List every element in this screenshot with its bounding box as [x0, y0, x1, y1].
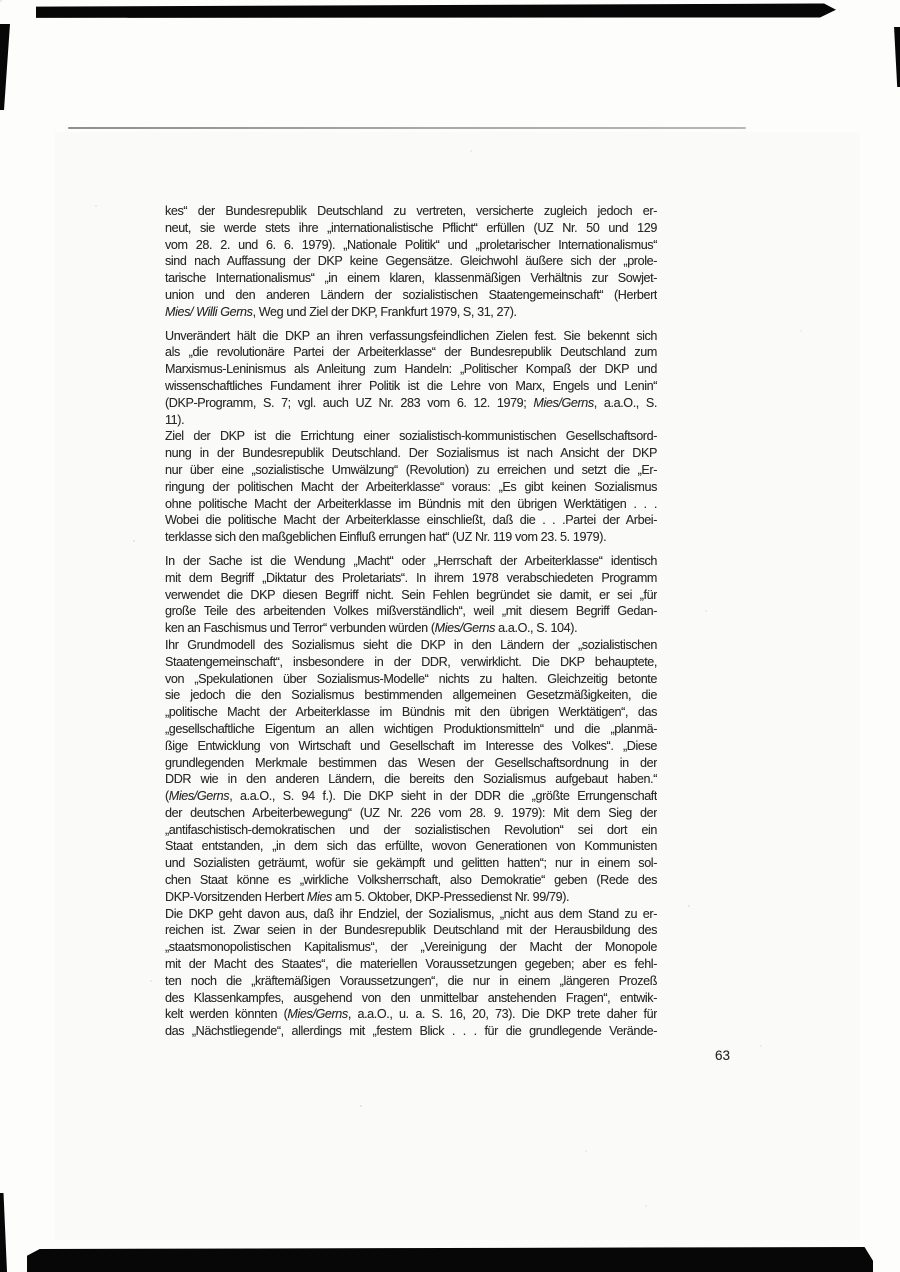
- text-line: Ihr Grundmodell des Sozialismus sieht di…: [165, 637, 657, 654]
- text-line: mit der Macht des Staates“, die materiel…: [165, 956, 657, 973]
- text-line: kelt werden könnten (Mies/Gerns, a.a.O.,…: [165, 1006, 657, 1023]
- text-line: tarische Internationalismus“ „in einem k…: [165, 270, 657, 287]
- text-line: der deutschen Arbeiterbewegung“ (UZ Nr. …: [165, 805, 657, 822]
- text-line: ringung der politischen Macht der Arbeit…: [165, 479, 657, 496]
- text-line: grundlegenden Merkmale bestimmen das Wes…: [165, 755, 657, 772]
- text-line: ten noch die „kräftemäßigen Voraussetzun…: [165, 973, 657, 990]
- text-line: und Sozialisten geträumt, wofür sie gekä…: [165, 855, 657, 872]
- text-line: verwendet die DKP diesen Begriff nicht. …: [165, 587, 657, 604]
- text-line: Staat entstanden, „in dem sich das erfül…: [165, 838, 657, 855]
- text-line: „staatsmonopolistischen Kapitalismus“, d…: [165, 939, 657, 956]
- paragraph-block: kes“ der Bundesrepublik Deutschland zu v…: [165, 203, 657, 321]
- text-line: nung in der Bundesrepublik Deutschland. …: [165, 445, 657, 462]
- text-line: (DKP-Programm, S. 7; vgl. auch UZ Nr. 28…: [165, 395, 657, 412]
- text-line: des Klassenkampfes, ausgehend von den un…: [165, 990, 657, 1007]
- scan-artifact-top-bar: [36, 3, 836, 18]
- text-line: DDR wie in den anderen Ländern, die bere…: [165, 771, 657, 788]
- scan-artifact-bottom-bar: [27, 1247, 873, 1272]
- text-line: Staatengemeinschaft“, insbesondere in de…: [165, 654, 657, 671]
- text-column: kes“ der Bundesrepublik Deutschland zu v…: [165, 203, 657, 1040]
- paragraph-block: Unverändert hält die DKP an ihren verfas…: [165, 328, 657, 546]
- text-line: chen Staat könne es „wirkliche Volksherr…: [165, 872, 657, 889]
- text-line: 11).: [165, 412, 657, 429]
- text-line: Die DKP geht davon aus, daß ihr Endziel,…: [165, 906, 657, 923]
- text-line: Wobei die politische Macht der Arbeiterk…: [165, 512, 657, 529]
- text-line: neut, sie werde stets ihre „internationa…: [165, 220, 657, 237]
- text-line: „gesellschaftliche Eigentum an allen wic…: [165, 721, 657, 738]
- text-line: ohne politische Macht der Arbeiterklasse…: [165, 496, 657, 513]
- scan-artifact-right-edge: [893, 27, 900, 87]
- text-line: sind nach Auffassung der DKP keine Gegen…: [165, 253, 657, 270]
- header-divider-line: [68, 127, 746, 129]
- text-line: Mies/ Willi Gerns, Weg und Ziel der DKP,…: [165, 304, 657, 321]
- text-line: „antifaschistisch-demokratischen und der…: [165, 822, 657, 839]
- text-line: ken an Faschismus und Terror“ verbunden …: [165, 620, 657, 637]
- text-line: DKP-Vorsitzenden Herbert Mies am 5. Okto…: [165, 889, 657, 906]
- text-line: terklasse sich den maßgeblichen Einfluß …: [165, 529, 657, 546]
- scan-artifact-left-edge-bottom: [0, 1193, 7, 1272]
- scan-artifact-left-edge: [0, 24, 10, 110]
- text-line: das „Nächstliegende“, allerdings mit „fe…: [165, 1023, 657, 1040]
- text-line: mit dem Begriff „Diktatur des Proletaria…: [165, 570, 657, 587]
- text-line: Marxismus-Leninismus als Anleitung zum H…: [165, 361, 657, 378]
- text-line: union und den anderen Ländern der sozial…: [165, 287, 657, 304]
- text-line: wissenschaftliches Fundament ihrer Polit…: [165, 378, 657, 395]
- text-line: nur über eine „sozialistische Umwälzung“…: [165, 462, 657, 479]
- scanned-page: kes“ der Bundesrepublik Deutschland zu v…: [0, 0, 900, 1272]
- text-line: sie jedoch die den Sozialismus bestimmen…: [165, 687, 657, 704]
- text-line: Ziel der DKP ist die Errichtung einer so…: [165, 428, 657, 445]
- text-line: In der Sache ist die Wendung „Macht“ ode…: [165, 553, 657, 570]
- text-line: ßige Entwicklung von Wirtschaft und Gese…: [165, 738, 657, 755]
- text-line: (Mies/Gerns, a.a.O., S. 94 f.). Die DKP …: [165, 788, 657, 805]
- text-line: Unverändert hält die DKP an ihren verfas…: [165, 328, 657, 345]
- text-line: von „Spekulationen über Sozialismus-Mode…: [165, 671, 657, 688]
- page-number: 63: [640, 1047, 730, 1064]
- scan-noise: [0, 0, 2, 2]
- text-line: kes“ der Bundesrepublik Deutschland zu v…: [165, 203, 657, 220]
- text-line: vom 28. 2. und 6. 6. 1979). „Nationale P…: [165, 237, 657, 254]
- paragraph-block: In der Sache ist die Wendung „Macht“ ode…: [165, 553, 657, 1040]
- text-line: als „die revolutionäre Partei der Arbeit…: [165, 344, 657, 361]
- text-line: reichen ist. Zwar seien in der Bundesrep…: [165, 922, 657, 939]
- text-line: „politische Macht der Arbeiterklasse im …: [165, 704, 657, 721]
- text-line: große Teile des arbeitenden Volkes mißve…: [165, 603, 657, 620]
